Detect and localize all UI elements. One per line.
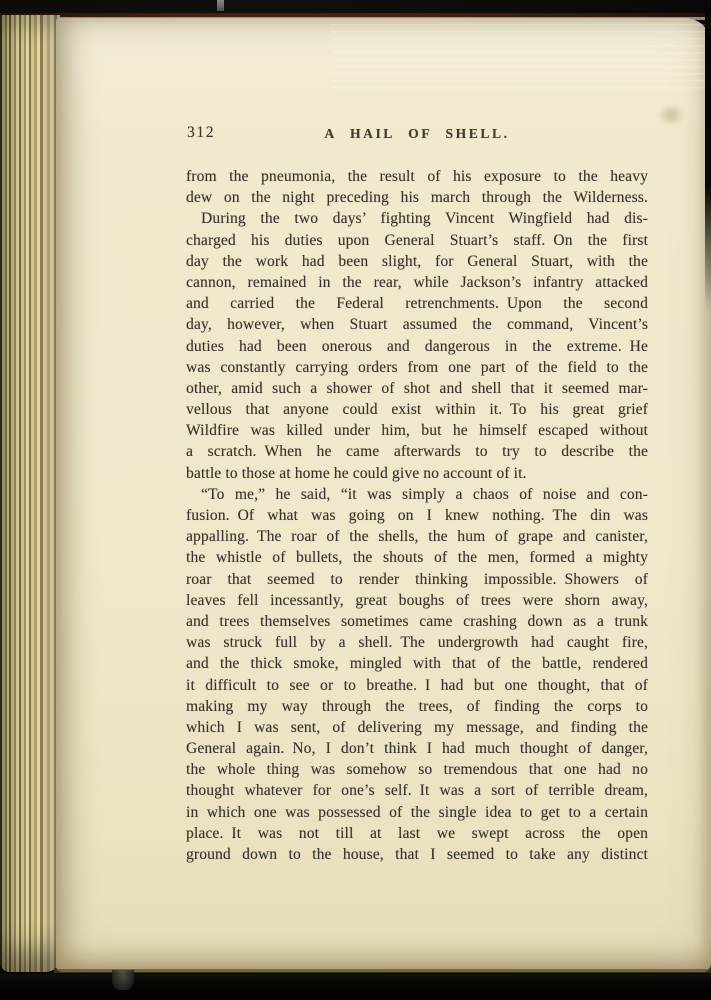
text-line: leaves fell incessantly, great boughs of…: [186, 590, 648, 611]
text-line: roar that seemed to render thinking impo…: [186, 569, 648, 590]
background-right-sliver: [705, 0, 711, 310]
background-bottom-band: [0, 974, 711, 1000]
text-line: vellous that anyone could exist within i…: [186, 399, 648, 420]
text-line: was constantly carrying orders from one …: [186, 357, 648, 378]
text-line: battle to those at home he could give no…: [186, 463, 648, 484]
text-line: During the two days’ fighting Vincent Wi…: [186, 208, 648, 229]
text-line: and carried the Federal retrenchments. U…: [186, 293, 648, 314]
text-line: which I was sent, of delivering my messa…: [186, 717, 648, 738]
page-number: 312: [187, 124, 215, 142]
book-page: 312 A HAIL OF SHELL. from the pneumonia,…: [56, 18, 711, 972]
text-line: Wildfire was killed under him, but he hi…: [186, 420, 648, 441]
text-line: other, amid such a shower of shot and sh…: [186, 378, 648, 399]
text-line: fusion. Of what was going on I knew noth…: [186, 505, 648, 526]
page-bottom-edge: [54, 969, 711, 973]
text-line: cannon, remained in the rear, while Jack…: [186, 272, 648, 293]
text-line: was struck full by a shell. The undergro…: [186, 632, 648, 653]
text-line: in which one was possessed of the single…: [186, 802, 648, 823]
book-scan: 312 A HAIL OF SHELL. from the pneumonia,…: [0, 0, 711, 1000]
text-line: dew on the night preceding his march thr…: [186, 187, 648, 208]
text-line: from the pneumonia, the result of his ex…: [186, 166, 648, 187]
text-line: place. It was not till at last we swept …: [186, 823, 648, 844]
text-line: “To me,” he said, “it was simply a chaos…: [186, 484, 648, 505]
paper-texture-streaks: [331, 24, 705, 90]
paper-stain: [657, 104, 685, 126]
text-line: duties had been onerous and dangerous in…: [186, 336, 648, 357]
text-line: appalling. The roar of the shells, the h…: [186, 526, 648, 547]
text-line: making my way through the trees, of find…: [186, 696, 648, 717]
text-line: day, however, when Stuart assumed the co…: [186, 314, 648, 335]
text-line: thought whatever for one’s self. It was …: [186, 780, 648, 801]
text-line: the whistle of bullets, the shouts of th…: [186, 547, 648, 568]
page-stack-left-edge: [0, 15, 60, 972]
page-header: 312 A HAIL OF SHELL.: [186, 125, 648, 143]
top-notch-mark: [217, 0, 224, 11]
text-line: and trees themselves sometimes came cras…: [186, 611, 648, 632]
background-top-band: [0, 0, 711, 13]
running-header: A HAIL OF SHELL.: [324, 126, 509, 141]
text-line: the whole thing was somehow so tremendou…: [186, 759, 648, 780]
book-stand-foot: [112, 970, 134, 990]
text-line: and the thick smoke, mingled with that o…: [186, 653, 648, 674]
body-text: from the pneumonia, the result of his ex…: [186, 166, 648, 865]
text-line: day the work had been slight, for Genera…: [186, 251, 648, 272]
text-line: ground down to the house, that I seemed …: [186, 844, 648, 865]
text-line: it difficult to see or to breathe. I had…: [186, 675, 648, 696]
text-line: General again. No, I don’t think I had m…: [186, 738, 648, 759]
text-line: charged his duties upon General Stuart’s…: [186, 230, 648, 251]
text-line: a scratch. When he came afterwards to tr…: [186, 441, 648, 462]
